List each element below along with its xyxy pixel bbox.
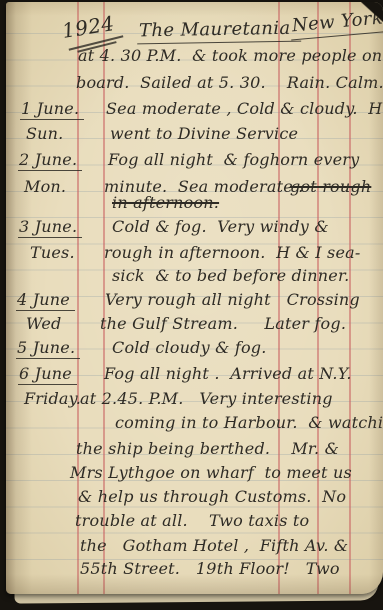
entry-text: Sun.: [26, 124, 63, 143]
diary-line: coming in to Harbour. & watching: [6, 413, 383, 437]
entry-text: the Gotham Hotel , Fifth Av. &: [80, 536, 348, 555]
diary-line: Sun.went to Divine Service: [6, 124, 383, 148]
entry-text: board. Sailed at 5. 30. Rain. Calm.: [76, 73, 383, 92]
ship-title: The Mauretania: [137, 18, 301, 45]
struck-text: in afternoon.: [112, 193, 219, 212]
diary-line: Tues.rough in afternoon. H & I sea-: [6, 243, 383, 267]
entry-text: Tues.: [30, 243, 75, 262]
entry-date: 2 June.: [18, 150, 82, 171]
diary-line: Mrs Lythgoe on wharf to meet us: [6, 463, 383, 487]
entry-text: Very rough all night Crossing: [105, 290, 360, 309]
entry-text: sick & to bed before dinner.: [112, 266, 349, 285]
diary-line: 1 June.Sea moderate , Cold & cloudy. H: [6, 99, 383, 123]
entry-text: Friday.: [24, 389, 81, 408]
diary-line: 55th Street. 19th Floor! Two: [6, 559, 383, 583]
handwriting-layer: 1924 The Mauretania New York. at 4. 30 P…: [6, 2, 383, 594]
diary-line: sick & to bed before dinner.: [6, 266, 383, 290]
diary-line: board. Sailed at 5. 30. Rain. Calm.: [6, 73, 383, 97]
entry-text: & help us through Customs. No: [78, 487, 346, 506]
entry-text: the Gulf Stream. Later fog.: [100, 314, 346, 333]
entry-text: went to Divine Service: [110, 124, 298, 143]
entry-date: 4 June: [16, 290, 75, 311]
diary-line: at 4. 30 P.M. & took more people on: [6, 46, 383, 70]
entry-text: Sea moderate , Cold & cloudy. H: [106, 99, 382, 118]
diary-line: in afternoon.: [6, 193, 383, 217]
diary-line: 6 JuneFog all night . Arrived at N.Y.: [6, 364, 383, 388]
entry-text: trouble at all. Two taxis to: [75, 511, 309, 530]
diary-line: Wedthe Gulf Stream. Later fog.: [6, 314, 383, 338]
entry-text: the ship being berthed. Mr. &: [76, 439, 339, 458]
entry-text: Fog all night & foghorn every: [108, 150, 359, 169]
entry-text: Cold cloudy & fog.: [112, 338, 267, 357]
entry-text: 55th Street. 19th Floor! Two: [80, 559, 340, 578]
entry-date: 5 June.: [16, 338, 80, 359]
entry-text: Mrs Lythgoe on wharf to meet us: [70, 463, 352, 482]
entry-text: at 2.45. P.M. Very interesting: [80, 389, 333, 408]
entry-text: rough in afternoon. H & I sea-: [104, 243, 360, 262]
diary-line: & help us through Customs. No: [6, 487, 383, 511]
diary-line: trouble at all. Two taxis to: [6, 511, 383, 535]
diary-line: 5 June.Cold cloudy & fog.: [6, 338, 383, 362]
diary-line: 4 JuneVery rough all night Crossing: [6, 290, 383, 314]
diary-line: 3 June.Cold & fog. Very windy &: [6, 217, 383, 241]
entry-text: Cold & fog. Very windy &: [112, 217, 329, 236]
entry-date: 6 June: [18, 364, 77, 385]
turned-corner: [361, 2, 383, 22]
entry-text: coming in to Harbour. & watching: [115, 413, 383, 432]
entry-text: Wed: [26, 314, 61, 333]
entry-date: 3 June.: [18, 217, 82, 238]
notebook-page: 1924 The Mauretania New York. at 4. 30 P…: [6, 2, 383, 594]
entry-text: Fog all night . Arrived at N.Y.: [104, 364, 352, 383]
diary-line: 2 June.Fog all night & foghorn every: [6, 150, 383, 174]
diary-line: Friday.at 2.45. P.M. Very interesting: [6, 389, 383, 413]
diary-line: the ship being berthed. Mr. &: [6, 439, 383, 463]
entry-text: at 4. 30 P.M. & took more people on: [78, 46, 382, 65]
entry-date: 1 June.: [20, 99, 84, 120]
photo-background: 1924 The Mauretania New York. at 4. 30 P…: [0, 0, 383, 610]
diary-line: the Gotham Hotel , Fifth Av. &: [6, 536, 383, 560]
